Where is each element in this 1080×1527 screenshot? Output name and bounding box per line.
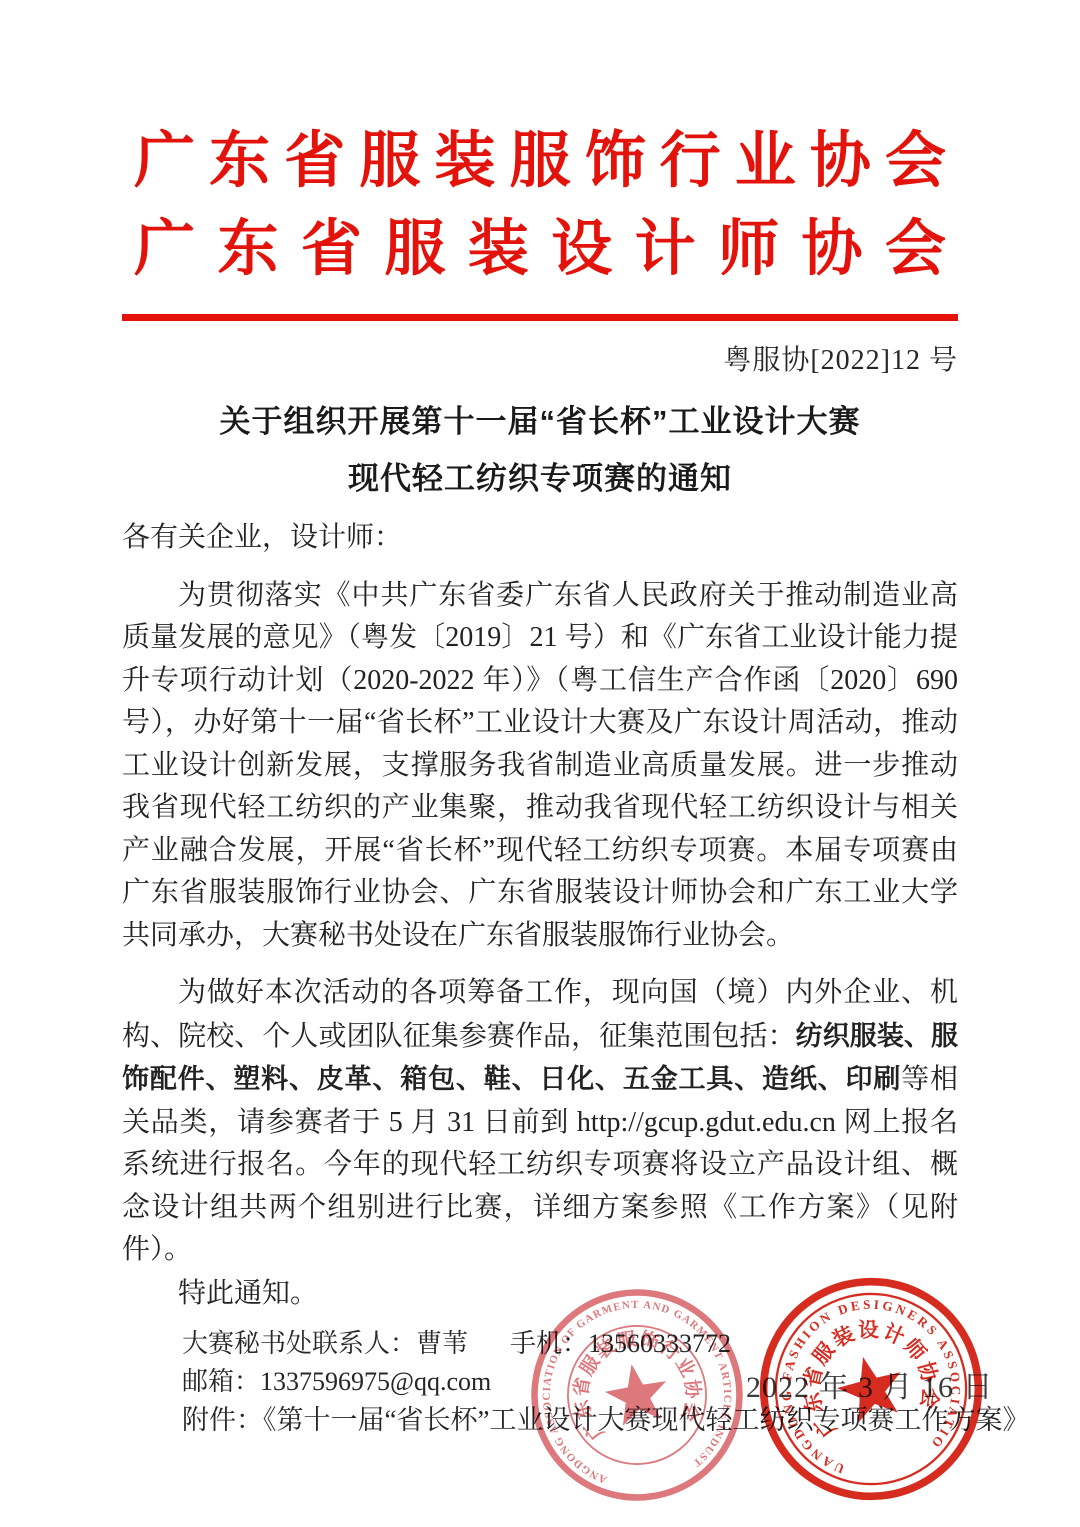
- letterhead-divider: [122, 314, 958, 321]
- email-address: 1337596975@qq.com: [260, 1367, 491, 1396]
- title-line-1: 关于组织开展第十一届“省长杯”工业设计大赛: [0, 393, 1080, 450]
- org-name-line-2: 广东省服装设计师协会: [134, 206, 946, 294]
- seal-left-graphic: GUANGDONG ASSOCIATION OF GARMENT AND GAR…: [511, 1269, 764, 1522]
- title-line-2: 现代轻工纺织专项赛的通知: [0, 450, 1080, 507]
- paragraph-2-tail: 等相关品类，请参赛者于 5 月 31 日前到 http://gcup.gdut.…: [122, 1064, 958, 1265]
- letterhead: 广东省服装服饰行业协会 广东省服装设计师协会: [0, 0, 1080, 321]
- seal-right-star-icon: [831, 1349, 910, 1425]
- salutation: 各有关企业，设计师：: [122, 517, 958, 560]
- document-title: 关于组织开展第十一届“省长杯”工业设计大赛 现代轻工纺织专项赛的通知: [0, 393, 1080, 507]
- document-number: 粤服协[2022]12 号: [122, 343, 958, 379]
- paragraph-1: 为贯彻落实《中共广东省委广东省人民政府关于推动制造业高质量发展的意见》（粤发〔2…: [122, 575, 958, 958]
- seal-left-star-icon: [601, 1359, 673, 1428]
- garment-association-seal-stamp: GUANGDONG ASSOCIATION OF GARMENT AND GAR…: [511, 1269, 764, 1522]
- paragraph-2: 为做好本次活动的各项筹备工作，现向国（境）内外企业、机构、院校、个人或团队征集参…: [122, 972, 958, 1272]
- org-name-line-1: 广东省服装服饰行业协会: [134, 118, 946, 206]
- email-label: 邮箱：: [182, 1367, 260, 1396]
- contact-name: 曹苇: [416, 1329, 468, 1358]
- attachment-label: 附件：: [182, 1405, 263, 1435]
- document-page: 广东省服装服饰行业协会 广东省服装设计师协会 粤服协[2022]12 号 关于组…: [0, 0, 1080, 1527]
- contact-label: 大赛秘书处联系人：: [182, 1329, 416, 1358]
